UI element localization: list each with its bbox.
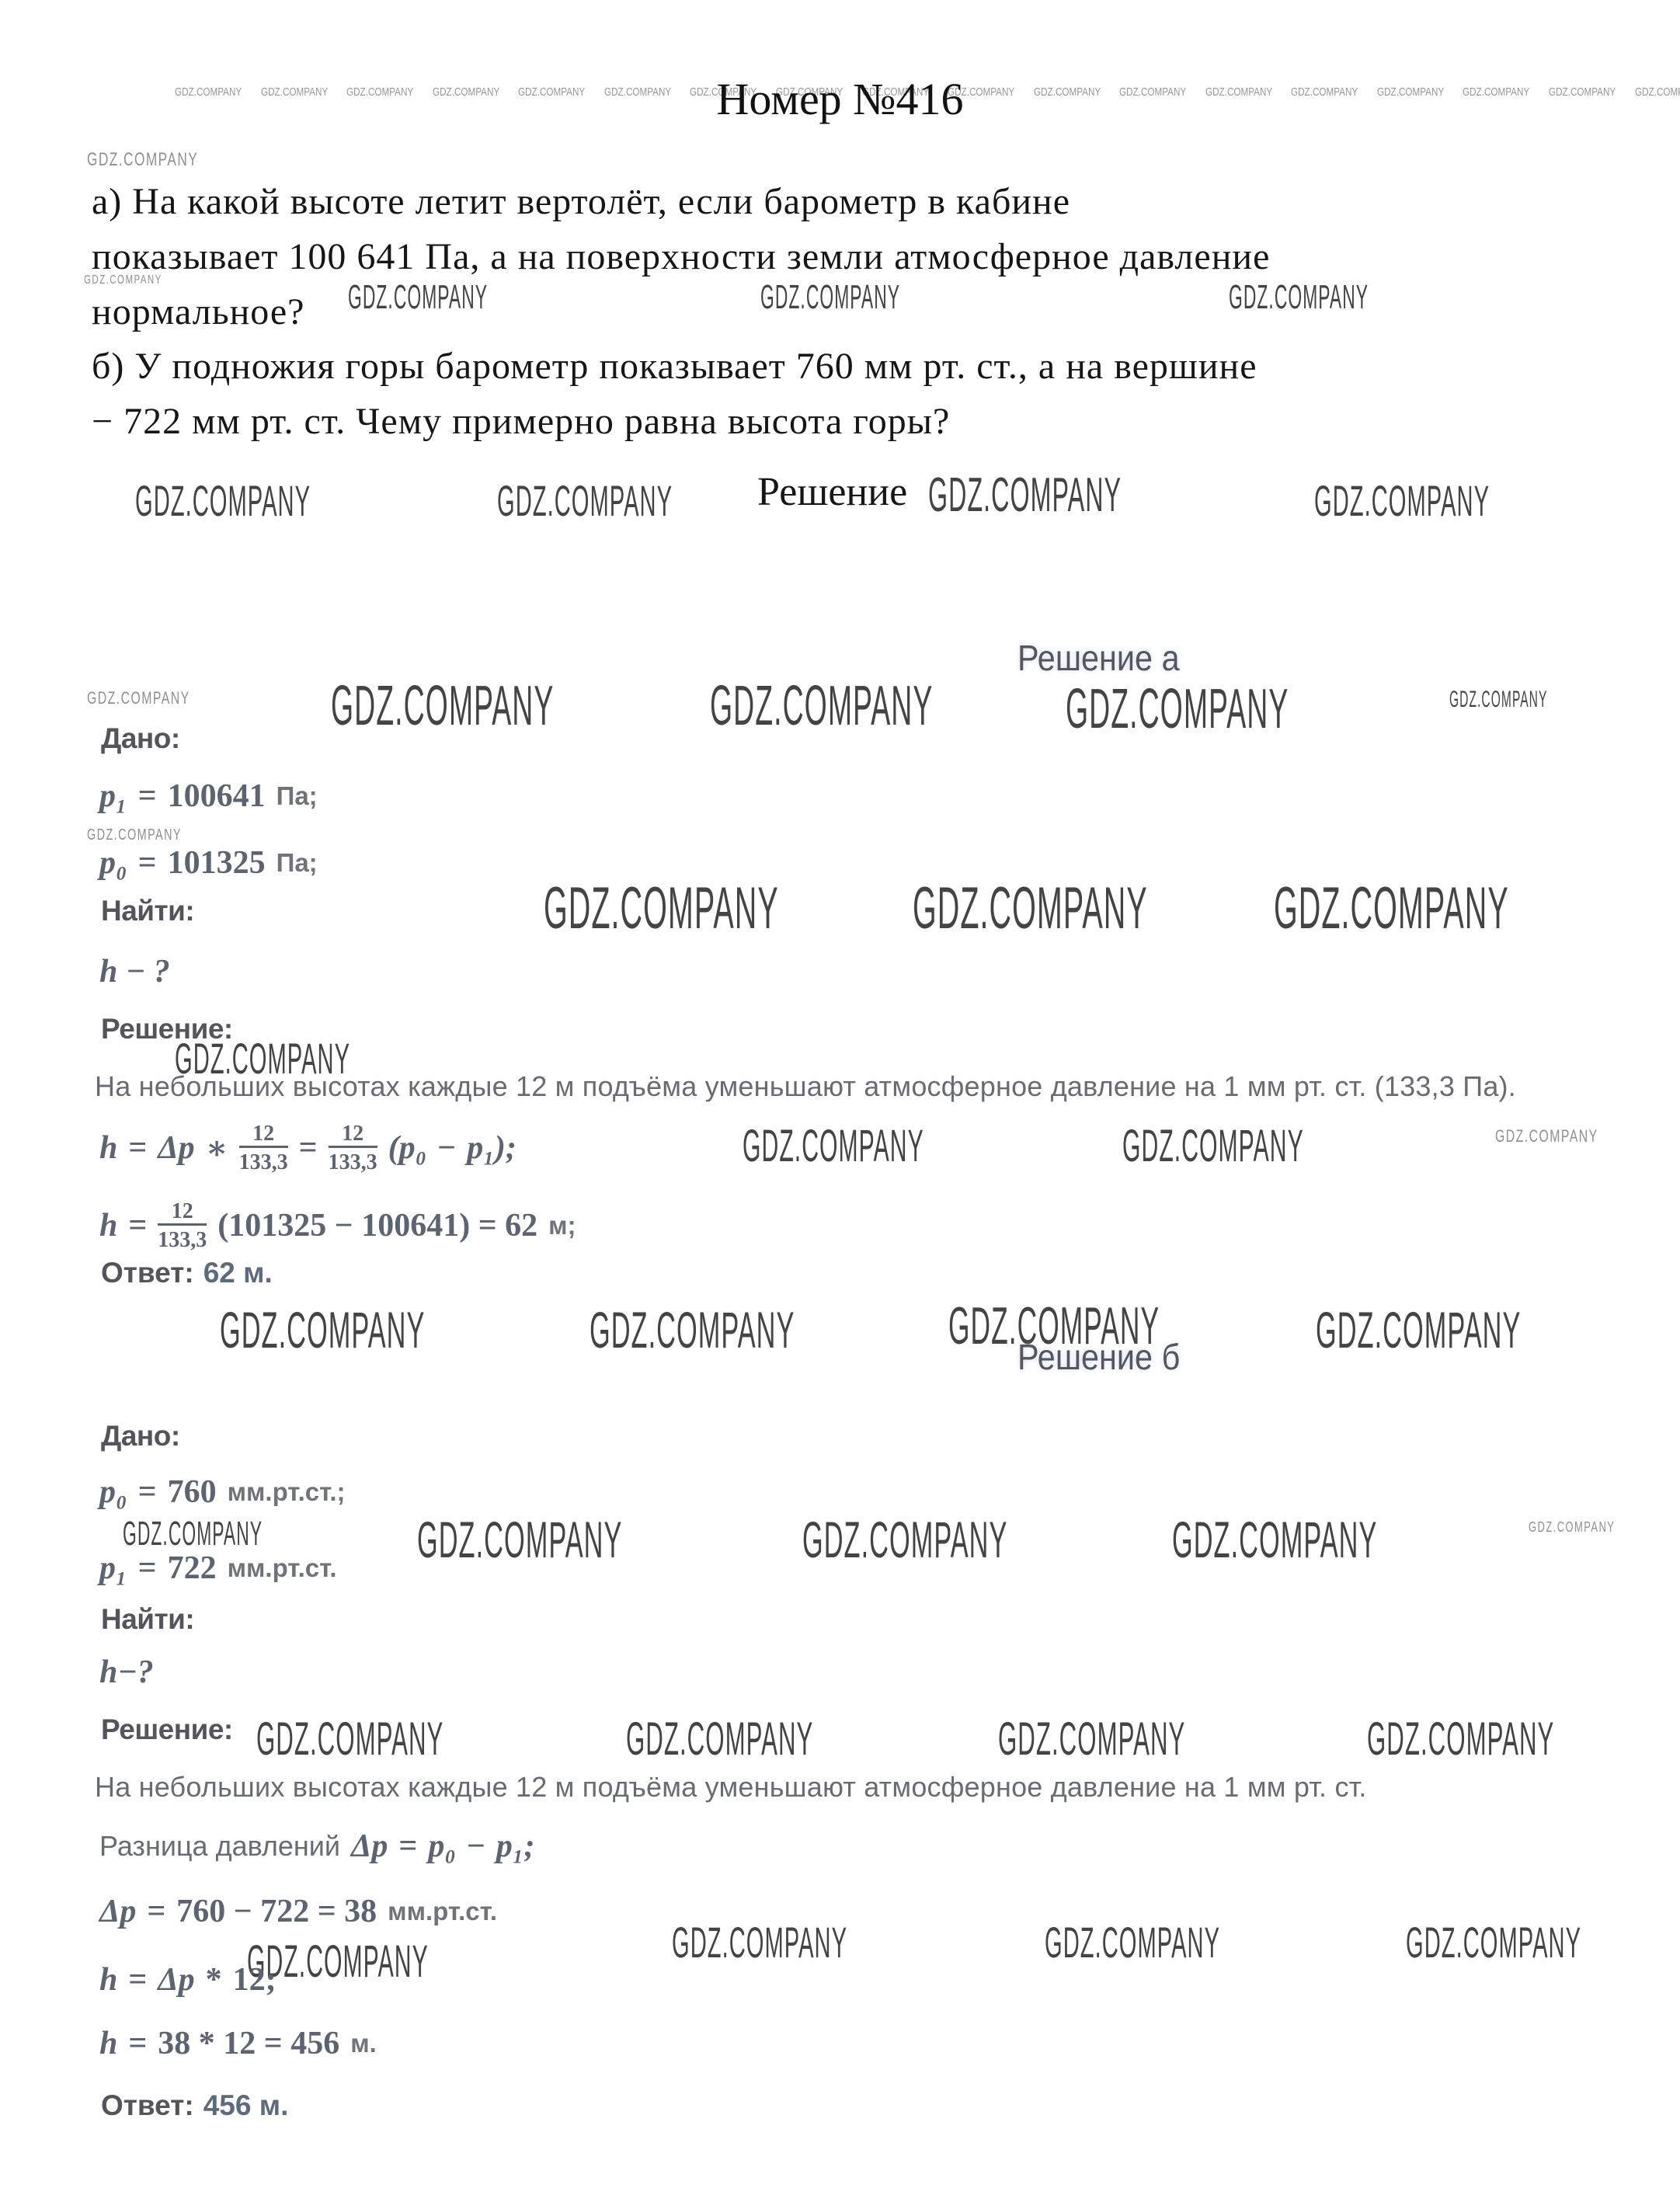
watermark: GDZ.COMPANY [256,1712,443,1765]
math-variable: h − ? [99,953,170,990]
math-value: 100641 [168,777,266,815]
math-operator: = [147,1893,165,1930]
fraction-denominator: 133,3 [239,1146,288,1174]
math-variable: Δp [158,1961,194,1999]
problem-line: − 722 мм рт. ст. Чему примерно равна выс… [92,394,1257,449]
fraction-numerator: 12 [252,1122,274,1145]
watermark: GDZ.COMPANY [928,468,1122,523]
math-operator: (101325 − 100641) = 62 [217,1207,537,1244]
watermark: GDZ.COMPANY [87,688,190,708]
math-unit: мм.рт.ст. [228,1553,337,1583]
math-variable: h−? [99,1654,154,1691]
math-variable: p₁ [99,777,127,815]
watermark: GDZ.COMPANY [123,1515,263,1553]
math-unit: м. [350,2029,377,2058]
watermark: GDZ.COMPANY [1529,1519,1615,1536]
solution-body-a: На небольших высотах каждые 12 м подъёма… [95,1070,1516,1103]
watermark: GDZ.COMPANY [1495,1126,1598,1146]
math-operator: = [138,1473,157,1511]
watermark: GDZ.COMPANY [590,1300,795,1359]
watermark: GDZ.COMPANY [1066,677,1289,741]
math-operator: ∗ [206,1129,228,1167]
answer-label: Ответ: [101,2089,194,2122]
watermark: GDZ.COMPANY [1045,1917,1220,1967]
given-label-a: Дано: [101,722,180,755]
formula: Разница давленийΔp=p₀−p₁; [99,1827,535,1866]
watermark: GDZ.COMPANY [87,826,182,844]
watermark: GDZ.COMPANY [1406,1917,1581,1967]
watermark: GDZ.COMPANY [710,674,933,738]
watermark: GDZ.COMPANY [626,1712,813,1765]
find-label-a: Найти: [101,895,194,927]
fraction-numerator: 12 [342,1122,363,1145]
watermark: GDZ.COMPANY [497,475,673,526]
math-operator: = [138,777,157,815]
watermark: GDZ.COMPANY [87,149,198,171]
watermark: GDZ.COMPANY [998,1712,1185,1765]
math-variable: h [99,1207,117,1244]
math-operator: = [138,1550,157,1587]
answer-value: 62 м. [203,1257,273,1289]
answer-value: 456 м. [203,2089,289,2122]
watermark: GDZ.COMPANY [544,875,779,942]
math-operator: − [437,1129,456,1167]
answer-line-a: Ответ: 62 м. [101,1257,273,1289]
math-variable: (p₀ [388,1129,427,1167]
given-label-b: Дано: [101,1420,180,1452]
math-unit: мм.рт.ст.; [228,1477,346,1507]
problem-line: нормальное? [92,284,1270,339]
math-operator: = [128,1129,147,1167]
find-line-a: h − ? [99,952,170,991]
solution-body-b: На небольших высотах каждые 12 м подъёма… [95,1771,1367,1804]
math-variable: p₁; [496,1828,535,1865]
problem-part-b: б) У подножия горы барометр показывает 7… [92,339,1257,449]
fraction: 12133,3 [239,1122,288,1174]
fraction: 12133,3 [158,1200,207,1251]
watermark: GDZ.COMPANY [1367,1712,1554,1765]
math-variable: h [99,1961,117,1999]
given-line: p₁ = 722 мм.рт.ст. [99,1549,337,1588]
watermark: GDZ.COMPANY [1449,687,1547,713]
watermark: GDZ.COMPANY [1122,1120,1304,1172]
solution-heading: Решение [757,469,907,515]
math-variable: h [99,2025,117,2062]
math-variable: Δp [351,1828,388,1865]
watermark: GDZ.COMPANY [802,1510,1007,1569]
watermark: GDZ.COMPANY [1274,875,1509,942]
math-value: 101325 [168,844,266,882]
formula: h=12133,3(101325 − 100641) = 62м; [99,1185,576,1266]
find-label-b: Найти: [101,1603,194,1636]
math-variable: p₀ [99,844,127,882]
text-fragment: Разница давлений [99,1830,340,1863]
solution-label-b: Решение: [101,1713,233,1746]
watermark: GDZ.COMPANY [220,1300,425,1359]
math-unit: мм.рт.ст. [388,1897,497,1926]
watermark: GDZ.COMPANY [135,475,311,526]
problem-line: а) На какой высоте летит вертолёт, если … [92,174,1270,229]
watermark: GDZ.COMPANY [743,1120,924,1172]
problem-part-a: а) На какой высоте летит вертолёт, если … [92,174,1270,339]
given-line: p₁ = 100641 Па; [99,777,318,816]
math-operator: = [128,1207,147,1244]
math-unit: Па; [277,848,318,878]
math-variable: p₁ [99,1550,127,1587]
math-operator: 760 − 722 = 38 [176,1893,377,1930]
math-operator: = [138,844,157,882]
math-operator: * [206,1961,222,1999]
math-variable: p₀ [99,1473,127,1511]
problem-line: б) У подножия горы барометр показывает 7… [92,339,1257,394]
math-operator: = [398,1828,417,1865]
fraction-denominator: 133,3 [329,1146,377,1174]
answer-line-b: Ответ: 456 м. [101,2089,288,2122]
formula: h=Δp∗12133,3=12133,3(p₀−p₁); [99,1108,517,1188]
watermark: GDZ.COMPANY [913,875,1148,942]
solution-label-a: Решение: [101,1013,233,1045]
math-unit: м; [548,1211,576,1240]
watermark: GDZ.COMPANY [1172,1510,1377,1569]
math-variable: Δp [99,1893,136,1930]
watermark: GDZ.COMPANY [1314,475,1490,526]
math-operator: − [467,1828,485,1865]
watermark: GDZ.COMPANY [417,1510,622,1569]
math-variable: h [99,1129,117,1167]
formula: Δp=760 − 722 = 38мм.рт.ст. [99,1892,497,1931]
formula: h=Δp*12; [99,1960,277,1999]
page-title: Номер №416 [0,73,1680,125]
fraction-denominator: 133,3 [158,1223,207,1251]
given-line: p₀ = 760 мм.рт.ст.; [99,1473,346,1512]
find-line-b: h−? [99,1653,154,1692]
fraction: 12133,3 [329,1122,377,1174]
math-operator: 38 * 12 = 456 [158,2025,339,2062]
watermark: GDZ.COMPANY [1316,1300,1521,1359]
section-a-heading: Решение а [1017,637,1180,679]
watermark: GDZ.COMPANY [672,1917,847,1967]
math-operator: = [299,1129,318,1167]
math-variable: p₀ [428,1828,456,1865]
answer-label: Ответ: [101,1257,194,1289]
formula: h=38 * 12 = 456м. [99,2024,377,2063]
math-operator: = [128,1961,147,1999]
math-value: 760 [168,1473,217,1511]
math-operator: 12; [233,1961,277,1999]
math-unit: Па; [277,781,318,811]
document-page: GDZ.COMPANY GDZ.COMPANY GDZ.COMPANY GDZ.… [0,0,1680,2209]
math-variable: p₁); [467,1129,517,1167]
math-operator: = [128,2025,147,2062]
section-b-heading: Решение б [1017,1336,1180,1378]
watermark: GDZ.COMPANY [331,674,554,738]
fraction-numerator: 12 [172,1200,193,1223]
given-line: p₀ = 101325 Па; [99,844,318,882]
math-variable: Δp [158,1129,194,1167]
math-value: 722 [168,1550,217,1587]
problem-line: показывает 100 641 Па, а на поверхности … [92,229,1270,284]
